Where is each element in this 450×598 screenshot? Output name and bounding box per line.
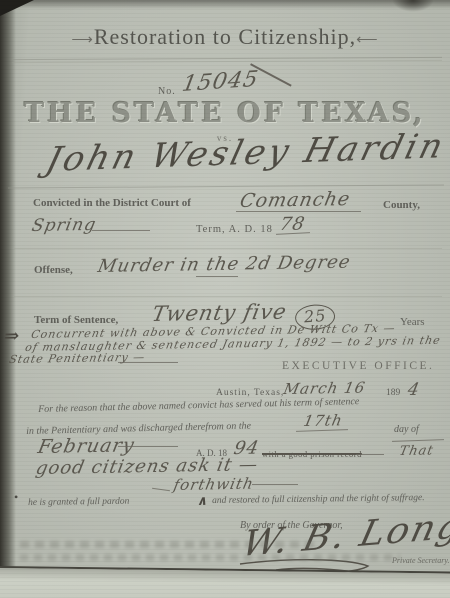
struck-text: with a good prison record (262, 449, 362, 459)
insertion-dash-right (252, 484, 298, 485)
margin-dot-icon: • (14, 490, 18, 505)
year-prefix: 189 (386, 388, 400, 398)
year-digit: 4 (406, 380, 422, 400)
state-heading: THE STATE OF TEXAS, (0, 98, 450, 129)
top-right-smudge (392, 0, 434, 12)
discharge-day: 17th (302, 411, 344, 430)
offense-label: Offense, (34, 264, 73, 276)
form-rule (12, 60, 442, 63)
season-dash (92, 230, 150, 231)
county-underline (236, 211, 361, 212)
county-name: Comanche (238, 188, 352, 212)
sentence-unit: Years (400, 316, 425, 328)
caret-icon: ∧ (196, 494, 211, 509)
arrow-left-icon: ⟵ (356, 32, 379, 48)
place-label: Austin, Texas, (216, 388, 284, 398)
insertion-dash-left (152, 488, 170, 491)
page-title: Restoration to Citizenship, (94, 24, 356, 49)
term-prefix: Term, A. D. 18 (196, 224, 273, 235)
form-rule (14, 296, 442, 297)
annotation-line: State Penitentiary — (8, 351, 146, 366)
page-title-row: ⟶Restoration to Citizenship,⟵ (0, 24, 450, 50)
bleed-through-text (20, 541, 320, 548)
executive-office-heading: EXECUTIVE OFFICE. (282, 360, 434, 372)
offense-underline (196, 276, 238, 277)
that-word: That (398, 443, 435, 459)
form-rule (14, 248, 442, 249)
case-number-label: No. (158, 86, 176, 97)
convicted-prefix: Convicted in the District Court of (33, 197, 191, 209)
bottom-strip (0, 568, 450, 598)
sentence-words: Twenty five (150, 300, 289, 326)
case-number-value: 15045 (180, 67, 261, 97)
county-suffix: County, (383, 199, 420, 211)
term-season: Spring (30, 215, 98, 236)
sentence-label: Term of Sentence, (34, 314, 118, 326)
pardon-line-post: and restored to full citizenship and the… (212, 493, 425, 506)
offense-value: Murder in the 2d Degree (96, 252, 353, 277)
top-left-corner-mark (0, 0, 34, 16)
top-edge-shadow (0, 0, 450, 9)
left-edge-shadow (0, 0, 16, 598)
strike-dash (356, 454, 384, 455)
scanned-document: ⟶Restoration to Citizenship,⟵ No. 15045 … (0, 0, 450, 598)
annotation-dash (118, 362, 178, 363)
that-overline (392, 439, 444, 442)
arrow-right-icon: ⟶ (71, 32, 94, 48)
month-underline (118, 446, 178, 447)
bleed-through-text (20, 554, 400, 561)
margin-pointer-icon: ⇒ (2, 326, 22, 347)
day-of-label: day of (394, 424, 419, 435)
name-underline-rule (8, 184, 444, 188)
secretary-title: Private Secretary. (392, 556, 449, 565)
date-written: March 16 (282, 379, 367, 398)
insertion-text: forthwith (172, 475, 256, 494)
reason-line-2: in the Penitentiary and was discharged t… (26, 421, 251, 437)
pardon-line-pre: he is granted a full pardon (28, 497, 129, 508)
